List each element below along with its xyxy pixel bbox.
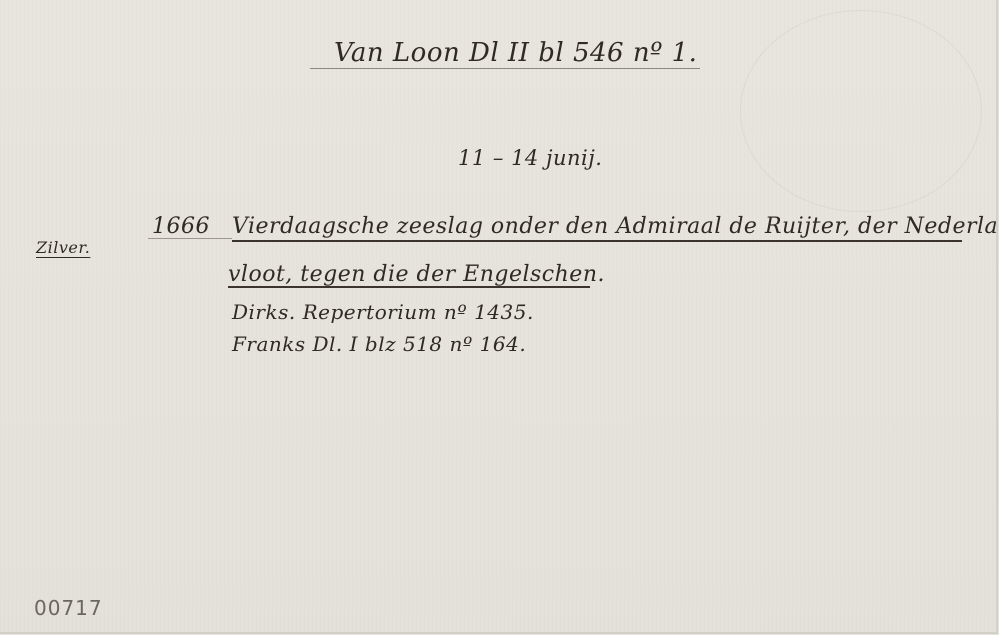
inventory-number: 00717 (34, 596, 103, 620)
description-underline-1 (232, 240, 962, 242)
paper-watermark (740, 10, 982, 212)
entry-year: 1666 (152, 214, 210, 239)
card-heading: Van Loon Dl II bl 546 nº 1. (334, 38, 697, 68)
catalog-card: Van Loon Dl II bl 546 nº 1. 11 – 14 juni… (0, 0, 998, 634)
reference-dirks: Dirks. Repertorium nº 1435. (232, 300, 534, 324)
entry-description-line-1: Vierdaagsche zeeslag onder den Admiraal … (232, 214, 999, 239)
heading-rule (310, 68, 700, 69)
entry-description-line-2: vloot, tegen die der Engelschen. (228, 262, 605, 287)
material-label: Zilver. (36, 238, 90, 257)
description-underline-2 (228, 286, 590, 288)
reference-franks: Franks Dl. I blz 518 nº 164. (232, 332, 526, 356)
event-date: 11 – 14 junij. (458, 146, 602, 170)
